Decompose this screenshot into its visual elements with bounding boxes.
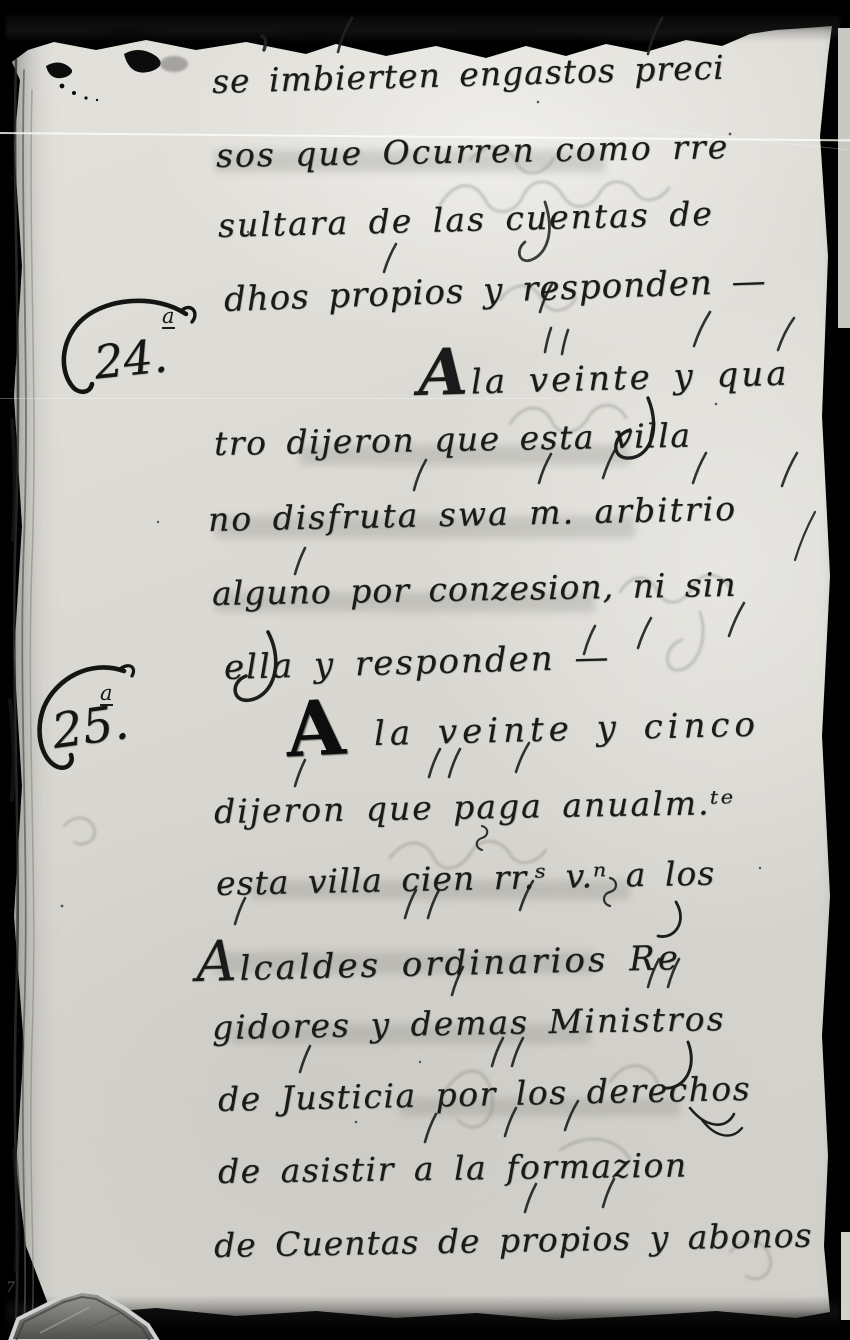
drop-cap-initial: A: [284, 683, 348, 775]
manuscript-line: Alcaldes ordinarios Re: [195, 918, 681, 995]
question-number-text: 25.: [48, 694, 131, 760]
underlying-page-edge-top: [838, 28, 850, 328]
question-number-text: 24.: [91, 328, 169, 389]
manuscript-line: tro dijeron que esta villa: [214, 416, 692, 463]
torn-top-edge: [6, 16, 840, 42]
manuscript-line-answer-24: Ala veinte y qua: [417, 326, 790, 411]
underlying-page-edge-bottom: [841, 1232, 850, 1320]
ordinal-superscript: a: [162, 306, 175, 329]
folio-corner-mark: 7: [6, 1280, 15, 1296]
question-number-24: a 24.: [56, 292, 216, 407]
manuscript-line: de asistir a la formazion: [218, 1145, 688, 1191]
microfilm-scan: se imbierten engastos preci sos que Ocur…: [0, 0, 850, 1340]
torn-bottom-edge: [6, 1296, 840, 1326]
question-number-25: a 25.: [28, 655, 168, 780]
